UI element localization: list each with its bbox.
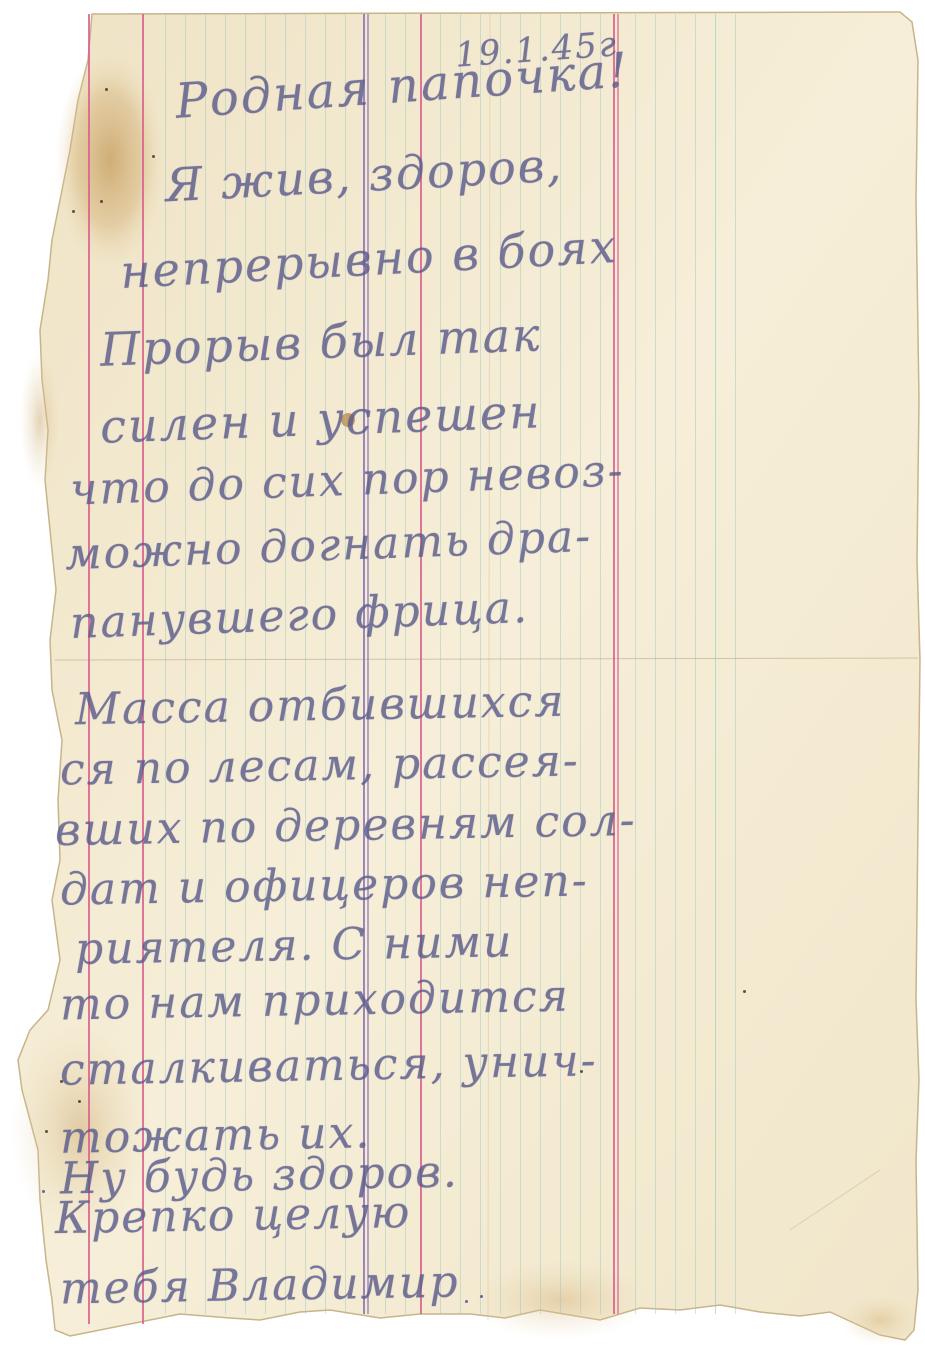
letter-signature: тебя Владимир: [60, 1257, 460, 1315]
letter-line: то нам приходится: [60, 971, 571, 1031]
letter-line: ся по лесам, рассея-: [60, 735, 580, 795]
letter-line: Я жив, здоров,: [164, 138, 564, 213]
letter-line: риятеля. С ними: [75, 916, 514, 975]
letter-line: непрерывно в боях: [119, 219, 619, 299]
letter-text: 19.1.45г Родная папочка! Я жив, здоров, …: [0, 0, 925, 1349]
letter-line: дат и офицеров неп-: [60, 855, 589, 915]
letter-line: сталкиваться, унич-: [60, 1035, 598, 1095]
letter-line: Масса отбившихся: [75, 676, 566, 736]
letter-line: вших по деревням сол-: [55, 795, 637, 856]
letter-line: что до сих пор невоз-: [69, 445, 625, 515]
letter-salutation: Родная папочка!: [174, 42, 631, 130]
letter-closing: Крепко целую: [55, 1187, 412, 1244]
letter-line: можно догнать дра-: [64, 511, 593, 580]
letter-line: силен и успешен: [99, 384, 542, 453]
letter-line: панувшего фрица.: [69, 582, 529, 649]
letter-line: Прорыв был так: [99, 307, 542, 376]
